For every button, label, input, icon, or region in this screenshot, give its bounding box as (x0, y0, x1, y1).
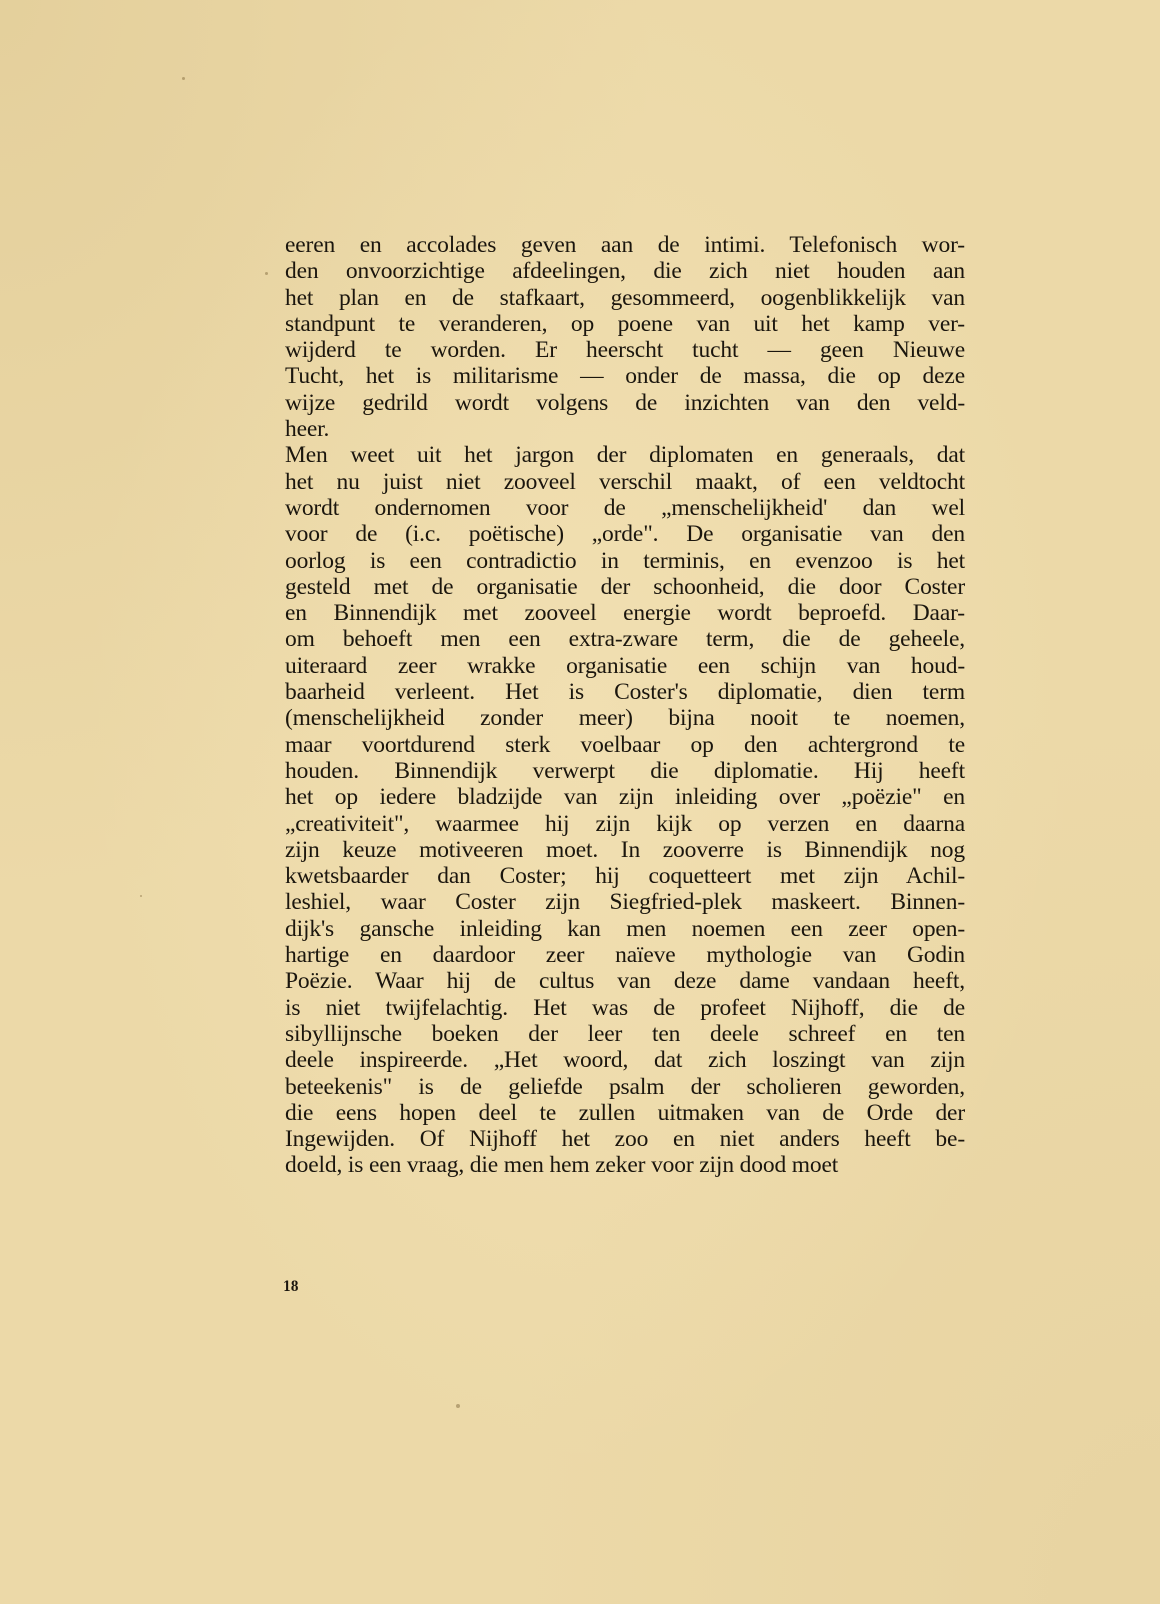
text-line: deele inspireerde. „Het woord, dat zich … (285, 1047, 965, 1073)
text-line: oorlog is een contradictio in terminis, … (285, 548, 965, 574)
text-line: eeren en accolades geven aan de intimi. … (285, 232, 965, 258)
text-line: en Binnendijk met zooveel energie wordt … (285, 600, 965, 626)
text-line: wijze gedrild wordt volgens de inzichten… (285, 390, 965, 416)
text-line: uiteraard zeer wrakke organisatie een sc… (285, 653, 965, 679)
text-line: heer. (285, 416, 965, 442)
text-line: sibyllijnsche boeken der leer ten deele … (285, 1021, 965, 1047)
text-line: om behoeft men een extra-zware term, die… (285, 626, 965, 652)
text-line: wordt ondernomen voor de „menschelijkhei… (285, 495, 965, 521)
text-line: gesteld met de organisatie der schoonhei… (285, 574, 965, 600)
text-line: Men weet uit het jargon der diplomaten e… (285, 442, 965, 468)
text-line: beteekenis" is de geliefde psalm der sch… (285, 1074, 965, 1100)
text-line: het nu juist niet zooveel verschil maakt… (285, 469, 965, 495)
paper-speck (265, 272, 268, 275)
text-line: dijk's gansche inleiding kan men noemen … (285, 916, 965, 942)
text-line: hartige en daardoor zeer naïeve mytholog… (285, 942, 965, 968)
text-line: standpunt te veranderen, op poene van ui… (285, 311, 965, 337)
text-line: die eens hopen deel te zullen uitmaken v… (285, 1100, 965, 1126)
text-line: Ingewijden. Of Nijhoff het zoo en niet a… (285, 1126, 965, 1152)
text-line: „creativiteit", waarmee hij zijn kijk op… (285, 811, 965, 837)
text-line: (menschelijkheid zonder meer) bijna nooi… (285, 705, 965, 731)
text-line: het plan en de stafkaart, gesommeerd, oo… (285, 285, 965, 311)
text-line: houden. Binnendijk verwerpt die diplomat… (285, 758, 965, 784)
text-line: wijderd te worden. Er heerscht tucht — g… (285, 337, 965, 363)
text-line: doeld, is een vraag, die men hem zeker v… (285, 1152, 965, 1178)
text-line: is niet twijfelachtig. Het was de profee… (285, 995, 965, 1021)
text-line: Tucht, het is militarisme — onder de mas… (285, 363, 965, 389)
text-line: maar voortdurend sterk voelbaar op den a… (285, 732, 965, 758)
paper-speck (182, 77, 185, 80)
text-line: Poëzie. Waar hij de cultus van deze dame… (285, 968, 965, 994)
text-line: den onvoorzichtige afdeelingen, die zich… (285, 258, 965, 284)
text-line: zijn keuze motiveeren moet. In zooverre … (285, 837, 965, 863)
text-line: voor de (i.c. poëtische) „orde". De orga… (285, 521, 965, 547)
text-line: kwetsbaarder dan Coster; hij coquetteert… (285, 863, 965, 889)
body-text: eeren en accolades geven aan de intimi. … (285, 232, 965, 1179)
text-line: baarheid verleent. Het is Coster's diplo… (285, 679, 965, 705)
book-page: eeren en accolades geven aan de intimi. … (0, 0, 1160, 1604)
page-number: 18 (283, 1279, 299, 1295)
paper-speck (140, 895, 142, 897)
text-line: het op iedere bladzijde van zijn inleidi… (285, 784, 965, 810)
paper-speck (456, 1404, 460, 1408)
text-line: leshiel, waar Coster zijn Siegfried-plek… (285, 889, 965, 915)
